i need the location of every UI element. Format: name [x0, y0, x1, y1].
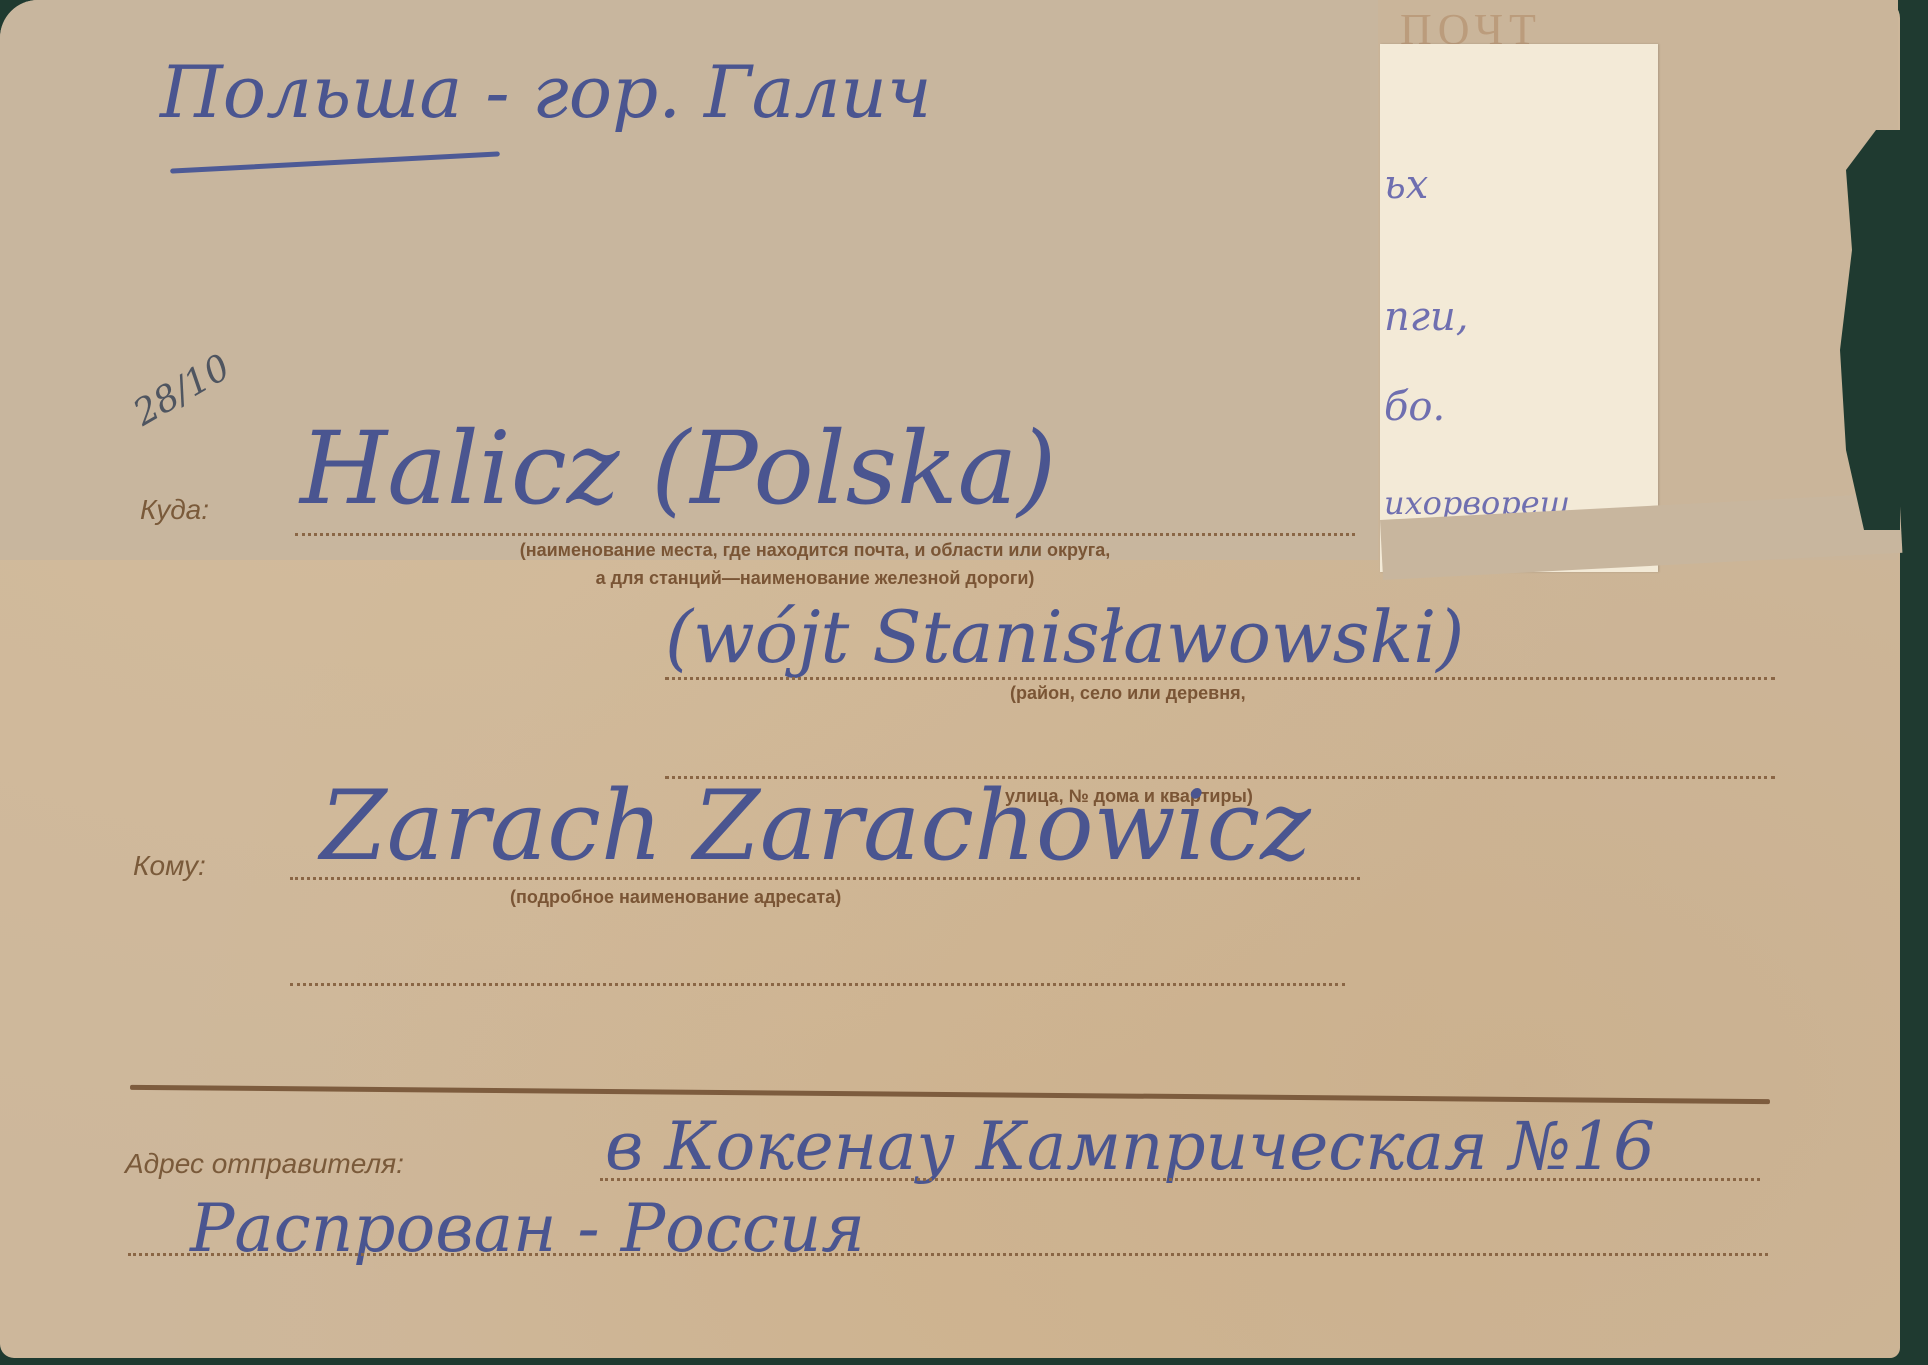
card-line: пги,	[1384, 294, 1468, 340]
inserted-letter-card: ьх пги, бо. ихорворещ	[1380, 44, 1658, 572]
card-line: ьх	[1384, 162, 1428, 208]
district-value: (wójt Stanisławowski)	[665, 595, 1464, 679]
sender-line-1: в Кокенау Камприческая №16	[605, 1108, 1655, 1185]
top-handwritten-note: Польша - гор. Галич	[160, 50, 932, 134]
to-whom-value: Zarach Zarachowicz	[320, 770, 1311, 882]
to-whom-line	[290, 877, 1360, 880]
separator-line	[130, 1085, 1770, 1104]
sender-label: Адрес отправителя:	[125, 1148, 404, 1180]
envelope: ПОЧТ ьх пги, бо. ихорворещ Польша - гор.…	[0, 0, 1900, 1358]
district-line	[665, 677, 1775, 680]
to-where-value: Halicz (Polska)	[300, 410, 1056, 527]
sender-line-2-rule	[128, 1253, 1768, 1256]
to-where-label: Куда:	[140, 494, 209, 526]
sender-line-1-rule	[600, 1178, 1760, 1181]
to-whom-label: Кому:	[133, 850, 206, 882]
to-whom-hint: (подробное наименование адресата)	[510, 887, 841, 908]
to-where-hint-2: а для станций—наименование железной доро…	[355, 568, 1275, 589]
to-where-line	[295, 533, 1355, 536]
to-whom-line-2	[290, 983, 1345, 986]
district-hint: (район, село или деревня,	[1010, 683, 1246, 704]
to-where-hint-1: (наименование места, где находится почта…	[355, 540, 1275, 561]
card-line: бо.	[1384, 384, 1445, 430]
